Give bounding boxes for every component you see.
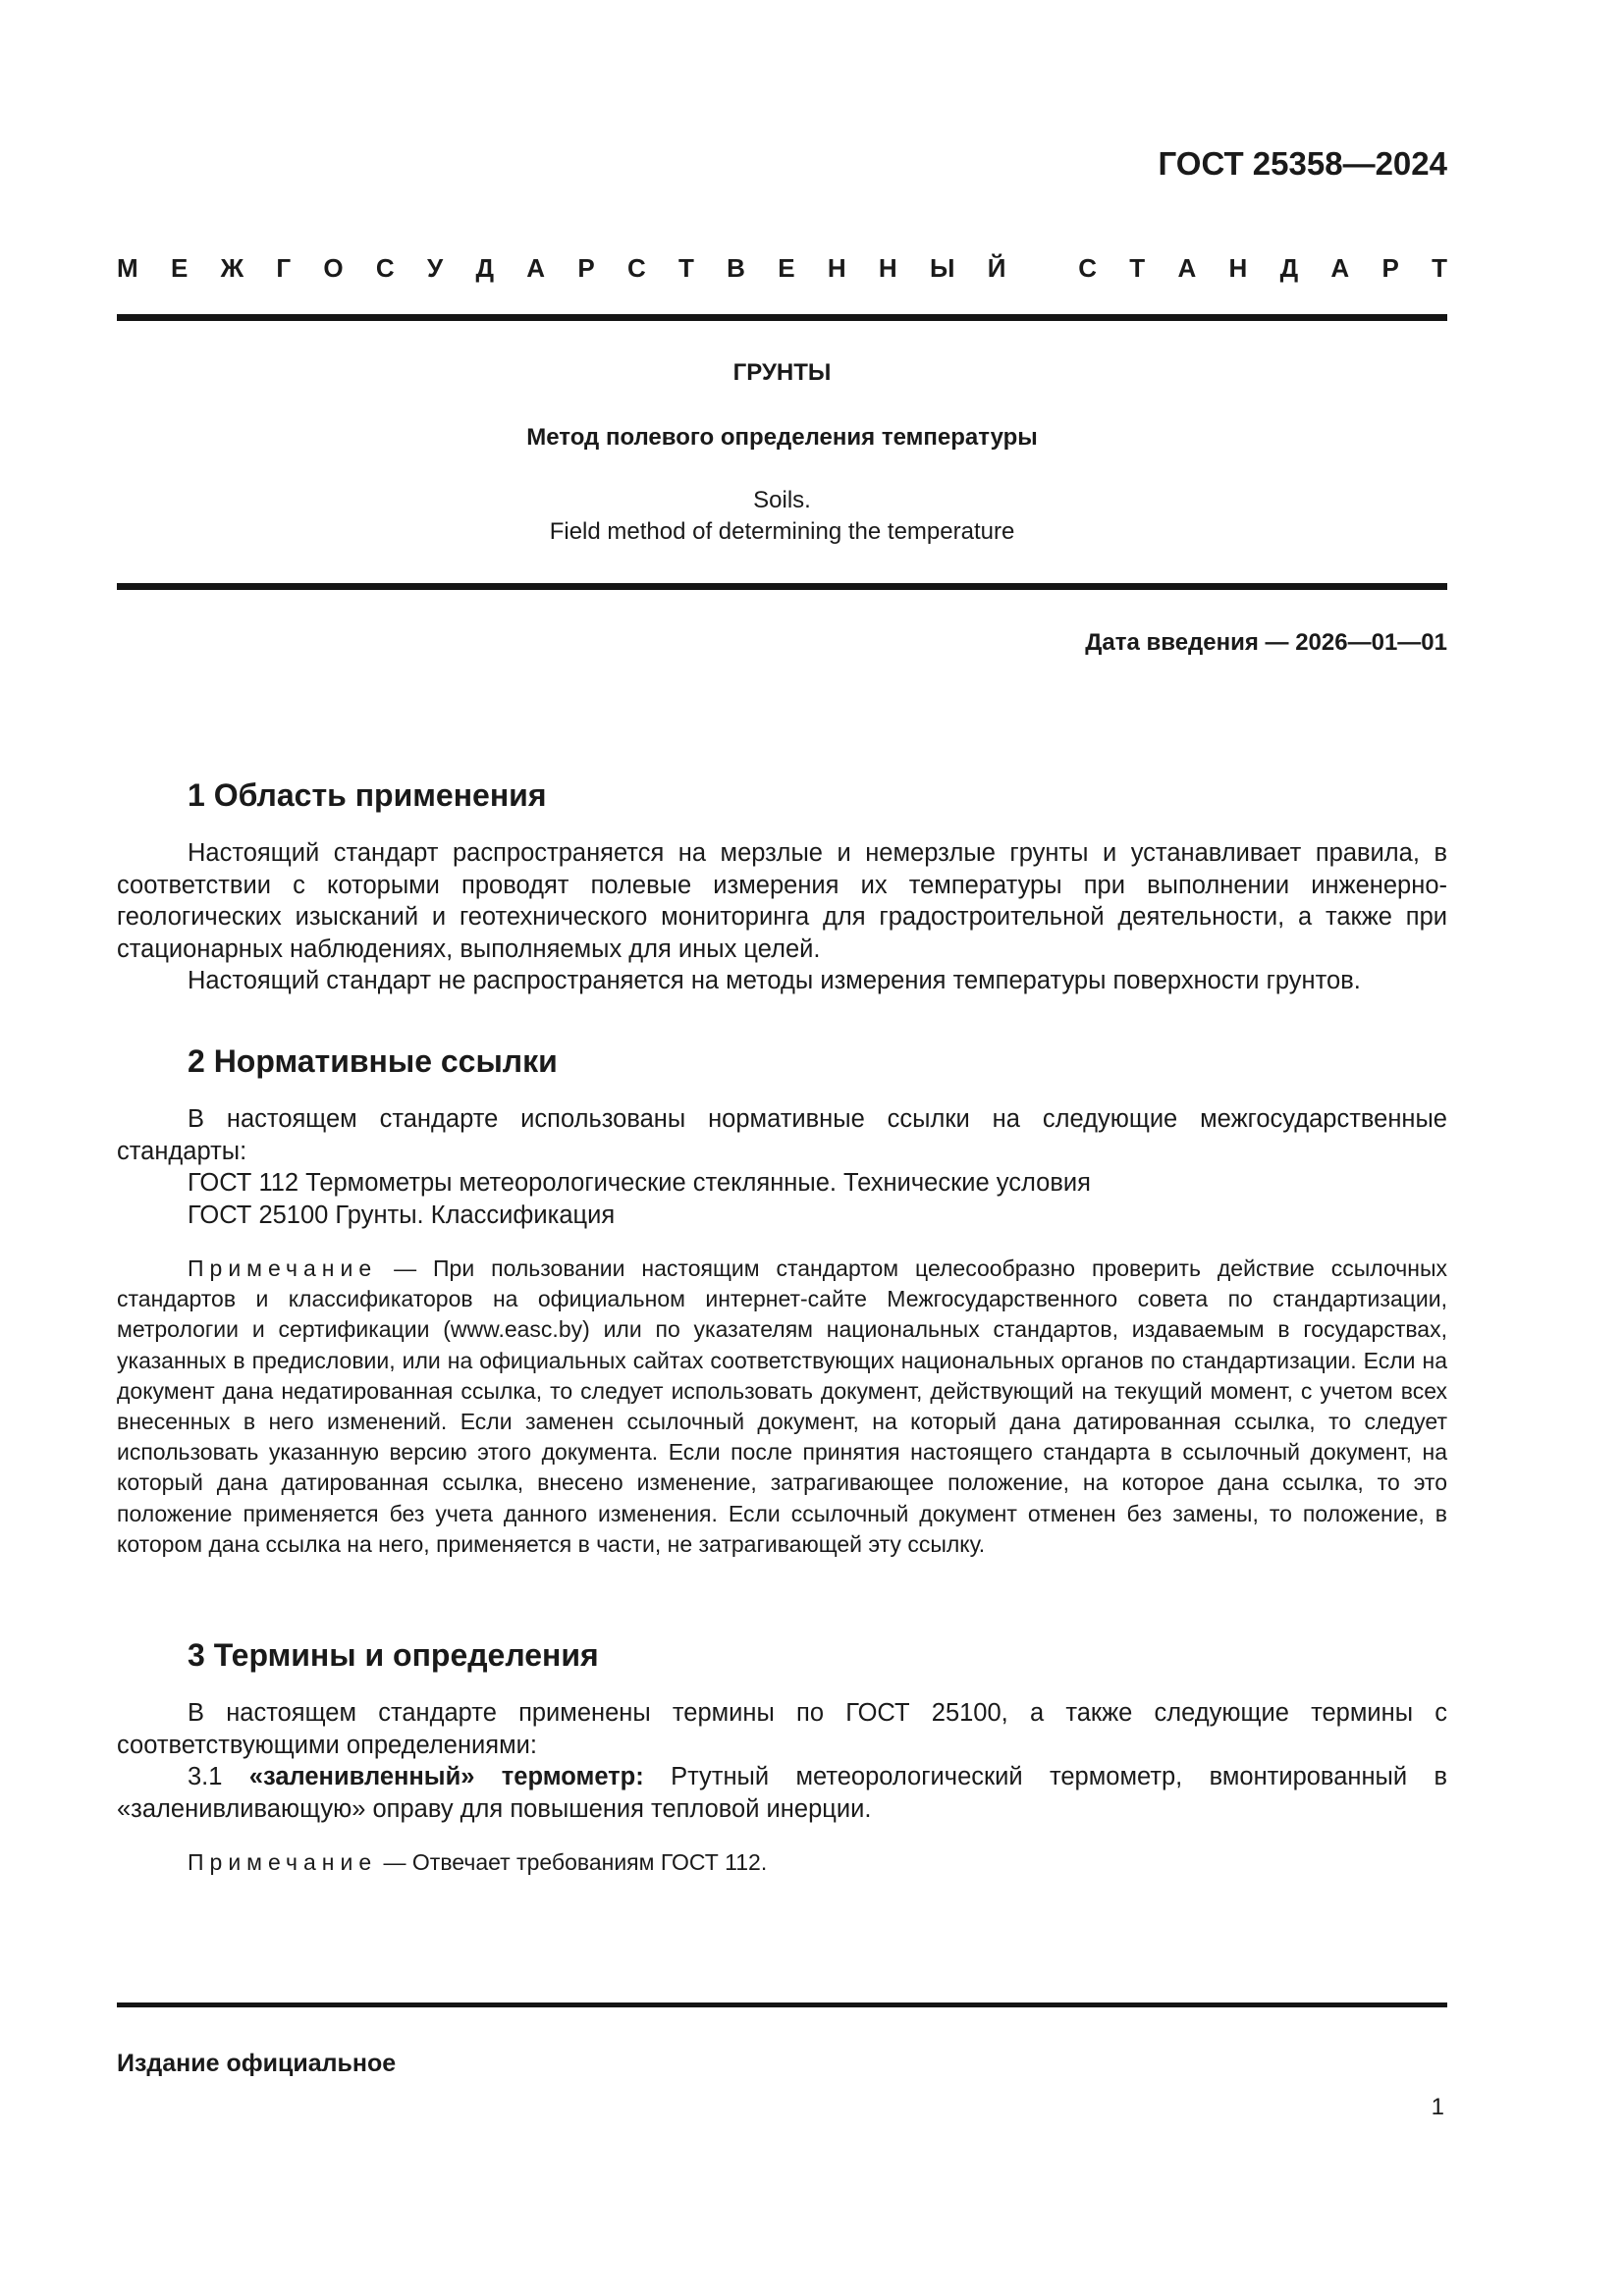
note-text: — Отвечает требованиям ГОСТ 112. <box>377 1849 767 1875</box>
section-references-body: В настоящем стандарте использованы норма… <box>117 1103 1447 1231</box>
term-definition: 3.1 «заленивленный» термометр: Ртутный м… <box>117 1761 1447 1825</box>
document-subtitle: Метод полевого определения температуры <box>117 424 1447 452</box>
document-code: ГОСТ 25358—2024 <box>1159 145 1447 183</box>
term-number: 3.1 <box>188 1763 249 1790</box>
note-text: — При пользовании настоящим стандартом ц… <box>117 1255 1447 1557</box>
standard-type-letter: Р <box>1381 253 1398 284</box>
standard-type-letter: С <box>376 253 395 284</box>
paragraph: Настоящий стандарт распространяется на м… <box>117 837 1447 965</box>
standard-type-heading: МЕЖГОСУДАРСТВЕННЫЙ СТАНДАРТ <box>117 253 1447 284</box>
english-title: Soils. Field method of determining the t… <box>117 485 1447 548</box>
standard-type-letter: Е <box>171 253 188 284</box>
paragraph: В настоящем стандарте применены термины … <box>117 1697 1447 1761</box>
standard-type-letter: Т <box>678 253 694 284</box>
standard-type-letter: Т <box>1432 253 1447 284</box>
standard-type-letter: Н <box>828 253 846 284</box>
standard-type-letter: Р <box>577 253 594 284</box>
standard-type-letter: А <box>526 253 545 284</box>
standard-type-letter: М <box>117 253 138 284</box>
reference-item: ГОСТ 112 Термометры метеорологические ст… <box>117 1167 1447 1200</box>
standard-type-letter: Ж <box>221 253 244 284</box>
section-heading-terms: 3 Термины и определения <box>188 1637 599 1674</box>
standard-type-letter: Н <box>879 253 897 284</box>
top-divider <box>117 314 1447 321</box>
paragraph: В настоящем стандарте использованы норма… <box>117 1103 1447 1167</box>
section-scope-body: Настоящий стандарт распространяется на м… <box>117 837 1447 997</box>
standard-type-letter: У <box>427 253 443 284</box>
standard-type-letter: В <box>727 253 745 284</box>
standard-type-letter: С <box>1078 253 1097 284</box>
page-number: 1 <box>1432 2094 1444 2121</box>
section-heading-normative-references: 2 Нормативные ссылки <box>188 1043 558 1080</box>
section-heading-scope: 1 Область применения <box>188 777 547 814</box>
standard-type-letter: Ы <box>930 253 954 284</box>
standard-type-letter: Н <box>1229 253 1248 284</box>
standard-type-letter: Т <box>1129 253 1145 284</box>
standard-type-letter: Й <box>988 253 1006 284</box>
note-references: Примечание — При пользовании настоящим с… <box>117 1254 1447 1560</box>
standard-type-letter: Д <box>1280 253 1299 284</box>
section-terms-body: В настоящем стандарте применены термины … <box>117 1697 1447 1825</box>
standard-type-letter: Д <box>475 253 494 284</box>
official-edition-label: Издание официальное <box>117 2050 396 2078</box>
standard-type-letter: А <box>1177 253 1196 284</box>
title-divider <box>117 583 1447 590</box>
reference-item: ГОСТ 25100 Грунты. Классификация <box>117 1200 1447 1232</box>
standard-type-letter: О <box>323 253 343 284</box>
footer-divider <box>117 2002 1447 2007</box>
introduction-date: Дата введения — 2026—01—01 <box>1085 629 1447 657</box>
term: «заленивленный» термометр: <box>249 1763 644 1790</box>
standard-type-letter <box>1039 253 1046 284</box>
note-label: Примечание <box>188 1849 377 1875</box>
english-title-line-1: Soils. <box>117 485 1447 516</box>
standard-type-letter: Г <box>276 253 291 284</box>
english-title-line-2: Field method of determining the temperat… <box>117 516 1447 548</box>
note-terms: Примечание — Отвечает требованиям ГОСТ 1… <box>117 1847 1447 1878</box>
note-label: Примечание <box>188 1255 377 1281</box>
document-title: ГРУНТЫ <box>117 359 1447 387</box>
standard-type-letter: Е <box>778 253 794 284</box>
standard-type-letter: С <box>627 253 646 284</box>
paragraph: Настоящий стандарт не распространяется н… <box>117 965 1447 997</box>
standard-type-letter: А <box>1330 253 1349 284</box>
